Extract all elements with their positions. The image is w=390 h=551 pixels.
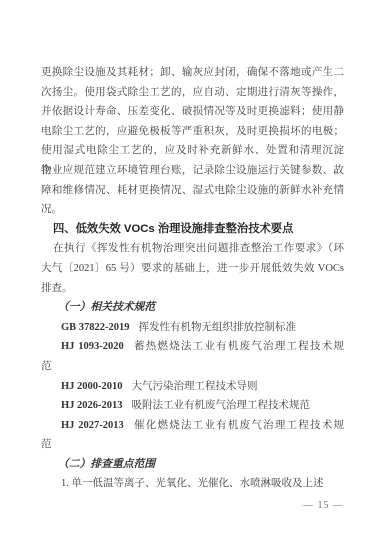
standard-name: 催化燃烧法工业有机废气治理工程技术规 <box>133 420 344 431</box>
list-item-line: 1. 单一低温等离子、光氧化、光催化、水喷淋吸收及上述 <box>41 474 344 494</box>
standard-name: 挥发性有机物无组织排放控制标准 <box>139 322 297 333</box>
standard-code: HJ 1093-2020 <box>61 341 124 352</box>
subsection-heading: （一）相关技术规范 <box>41 298 344 318</box>
standard-wrap-line: 范 <box>41 435 344 455</box>
standard-line: HJ 2026-2013吸附法工业有机废气治理工程技术规范 <box>41 396 344 416</box>
body-line: 排查。 <box>41 279 344 299</box>
standard-name: 蓄热燃烧法工业有机废气治理工程技术规 <box>133 341 344 352</box>
standard-code: HJ 2027-2013 <box>61 420 124 431</box>
subsection-heading: （二）排查重点范围 <box>41 455 344 475</box>
body-line: 并依据设计寿命、压差变化、破损情况等及时更换滤料；使用静 <box>41 102 344 122</box>
body-line: 使用湿式电除尘工艺的，应及时补充新鲜水、处置和清理沉淀物。 <box>41 141 344 161</box>
page-content: 更换除尘设施及其耗材；卸、输灰应封闭，确保不落地或产生二 次扬尘。使用袋式除尘工… <box>41 63 344 516</box>
body-line: 企业应规范建立环境管理台账，记录除尘设施运行关键参数、故 <box>41 161 344 181</box>
body-line: 大气〔2021〕65 号）要求的基础上，进一步开展低效失效 VOCs <box>41 259 344 279</box>
body-line: 在执行《挥发性有机物治理突出问题排查整治工作要求》（环 <box>41 239 344 259</box>
standard-line: HJ 2000-2010大气污染治理工程技术导则 <box>41 377 344 397</box>
section-heading: 四、低效失效 VOCs 治理设施排查整治技术要点 <box>41 220 344 240</box>
standard-code: GB 37822-2019 <box>61 322 130 333</box>
standard-line: HJ 2027-2013催化燃烧法工业有机废气治理工程技术规 <box>41 416 344 436</box>
page-number: — 15 — <box>41 496 344 516</box>
standard-line: GB 37822-2019挥发性有机物无组织排放控制标准 <box>41 318 344 338</box>
body-line: 电除尘工艺的，应避免极板等严重积灰，及时更换损坏的电极； <box>41 122 344 142</box>
body-line: 次扬尘。使用袋式除尘工艺的，应自动、定期进行清灰等操作， <box>41 83 344 103</box>
standard-code: HJ 2000-2010 <box>61 381 123 392</box>
standard-line: HJ 1093-2020蓄热燃烧法工业有机废气治理工程技术规 <box>41 337 344 357</box>
standard-code: HJ 2026-2013 <box>61 400 123 411</box>
standard-wrap-line: 范 <box>41 357 344 377</box>
body-line: 况。 <box>41 200 344 220</box>
standard-name: 吸附法工业有机废气治理工程技术规范 <box>132 400 311 411</box>
standard-name: 大气污染治理工程技术导则 <box>132 381 258 392</box>
document-page: 更换除尘设施及其耗材；卸、输灰应封闭，确保不落地或产生二 次扬尘。使用袋式除尘工… <box>0 0 390 551</box>
body-line: 更换除尘设施及其耗材；卸、输灰应封闭，确保不落地或产生二 <box>41 63 344 83</box>
body-line: 障和维修情况、耗材更换情况、湿式电除尘设施的新鲜水补充情 <box>41 181 344 201</box>
